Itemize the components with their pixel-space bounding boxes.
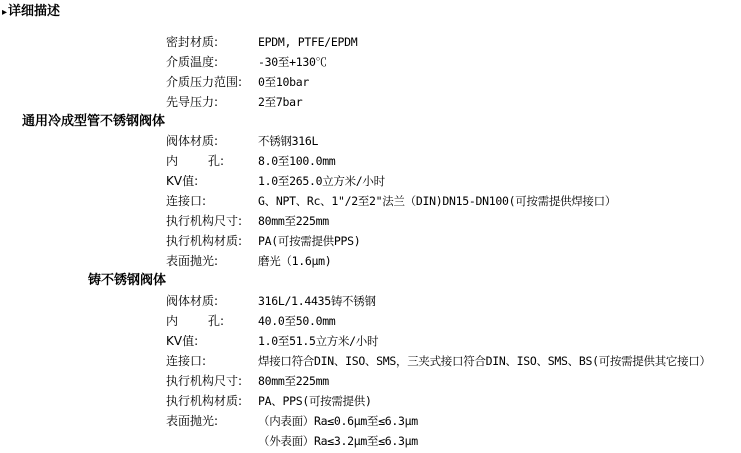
spec-value: EPDM, PTFE/EPDM <box>258 32 357 52</box>
spec-label: KV值: <box>166 331 258 351</box>
spec-row-body-material: 阀体材质:不锈钢316L <box>166 131 318 151</box>
spec-row-surface-finish: 表面抛光:磨光（1.6μm) <box>166 251 331 271</box>
spec-value: 8.0至100.0mm <box>258 151 335 171</box>
spec-value: 2至7bar <box>258 92 302 112</box>
spec-row-actuator-material: 执行机构材质:PA、PPS(可按需提供) <box>166 391 372 411</box>
spec-value: 316L/1.4435铸不锈钢 <box>258 291 376 311</box>
spec-row-surface-finish-outer: （外表面）Ra≤3.2μm至≤6.3μm <box>166 431 418 451</box>
spec-value: 40.0至50.0mm <box>258 311 335 331</box>
spec-value: 80mm至225mm <box>258 371 329 391</box>
spec-value: G、NPT、Rc、1"/2至2"法兰（DIN)DN15-DN100(可按需提供焊… <box>258 191 616 211</box>
section-heading-cast-stainless: 铸不锈钢阀体 <box>88 273 166 289</box>
spec-label: 介质压力范围: <box>166 72 258 92</box>
spec-value: 磨光（1.6μm) <box>258 251 331 271</box>
spec-value: PA(可按需提供PPS) <box>258 231 360 251</box>
spec-value: 1.0至51.5立方米/小时 <box>258 331 378 351</box>
spec-row-medium-temperature: 介质温度:-30至+130℃ <box>166 52 327 72</box>
spec-row-bore: 内孔:40.0至50.0mm <box>166 311 335 331</box>
spec-value: （外表面）Ra≤3.2μm至≤6.3μm <box>258 431 418 451</box>
spec-row-kv: KV值:1.0至265.0立方米/小时 <box>166 171 385 191</box>
spec-label: 阀体材质: <box>166 291 258 311</box>
spec-row-actuator-size: 执行机构尺寸:80mm至225mm <box>166 371 329 391</box>
spec-value: -30至+130℃ <box>258 52 327 72</box>
spec-row-connection: 连接口:G、NPT、Rc、1"/2至2"法兰（DIN)DN15-DN100(可按… <box>166 191 616 211</box>
spec-label: 表面抛光: <box>166 411 258 431</box>
spec-row-medium-pressure: 介质压力范围:0至10bar <box>166 72 309 92</box>
triangle-right-icon: ▸ <box>2 7 7 18</box>
spec-value: 不锈钢316L <box>258 131 318 151</box>
spec-label: 先导压力: <box>166 92 258 112</box>
spec-label: 执行机构材质: <box>166 391 258 411</box>
spec-value: （内表面）Ra≤0.6μm至≤6.3μm <box>258 411 418 431</box>
spec-row-seal-material: 密封材质:EPDM, PTFE/EPDM <box>166 32 357 52</box>
spec-value: PA、PPS(可按需提供) <box>258 391 372 411</box>
spec-row-body-material: 阀体材质:316L/1.4435铸不锈钢 <box>166 291 376 311</box>
spec-label: 执行机构材质: <box>166 231 258 251</box>
spec-label: 阀体材质: <box>166 131 258 151</box>
spec-label: 内孔: <box>166 151 258 171</box>
spec-label: KV值: <box>166 171 258 191</box>
spec-label: 连接口: <box>166 191 258 211</box>
spec-label: 内孔: <box>166 311 258 331</box>
spec-label: 执行机构尺寸: <box>166 371 258 391</box>
spec-label: 表面抛光: <box>166 251 258 271</box>
spec-label: 密封材质: <box>166 32 258 52</box>
spec-value: 焊接口符合DIN、ISO、SMS，三夹式接口符合DIN、ISO、SMS、BS(可… <box>258 351 711 371</box>
spec-label: 介质温度: <box>166 52 258 72</box>
spec-row-surface-finish-inner: 表面抛光:（内表面）Ra≤0.6μm至≤6.3μm <box>166 411 418 431</box>
spec-row-pilot-pressure: 先导压力:2至7bar <box>166 92 302 112</box>
spec-row-kv: KV值:1.0至51.5立方米/小时 <box>166 331 378 351</box>
spec-value: 0至10bar <box>258 72 309 92</box>
spec-value: 1.0至265.0立方米/小时 <box>258 171 385 191</box>
section-heading-cold-formed: 通用冷成型管不锈钢阀体 <box>22 114 165 130</box>
spec-value: 80mm至225mm <box>258 211 329 231</box>
spec-row-actuator-size: 执行机构尺寸:80mm至225mm <box>166 211 329 231</box>
spec-label: 执行机构尺寸: <box>166 211 258 231</box>
spec-row-actuator-material: 执行机构材质:PA(可按需提供PPS) <box>166 231 360 251</box>
spec-label: 连接口: <box>166 351 258 371</box>
spec-row-connection: 连接口:焊接口符合DIN、ISO、SMS，三夹式接口符合DIN、ISO、SMS、… <box>166 351 711 371</box>
spec-row-bore: 内孔:8.0至100.0mm <box>166 151 335 171</box>
page-title: ▸详细描述 <box>2 4 60 21</box>
page-title-text: 详细描述 <box>8 4 60 19</box>
